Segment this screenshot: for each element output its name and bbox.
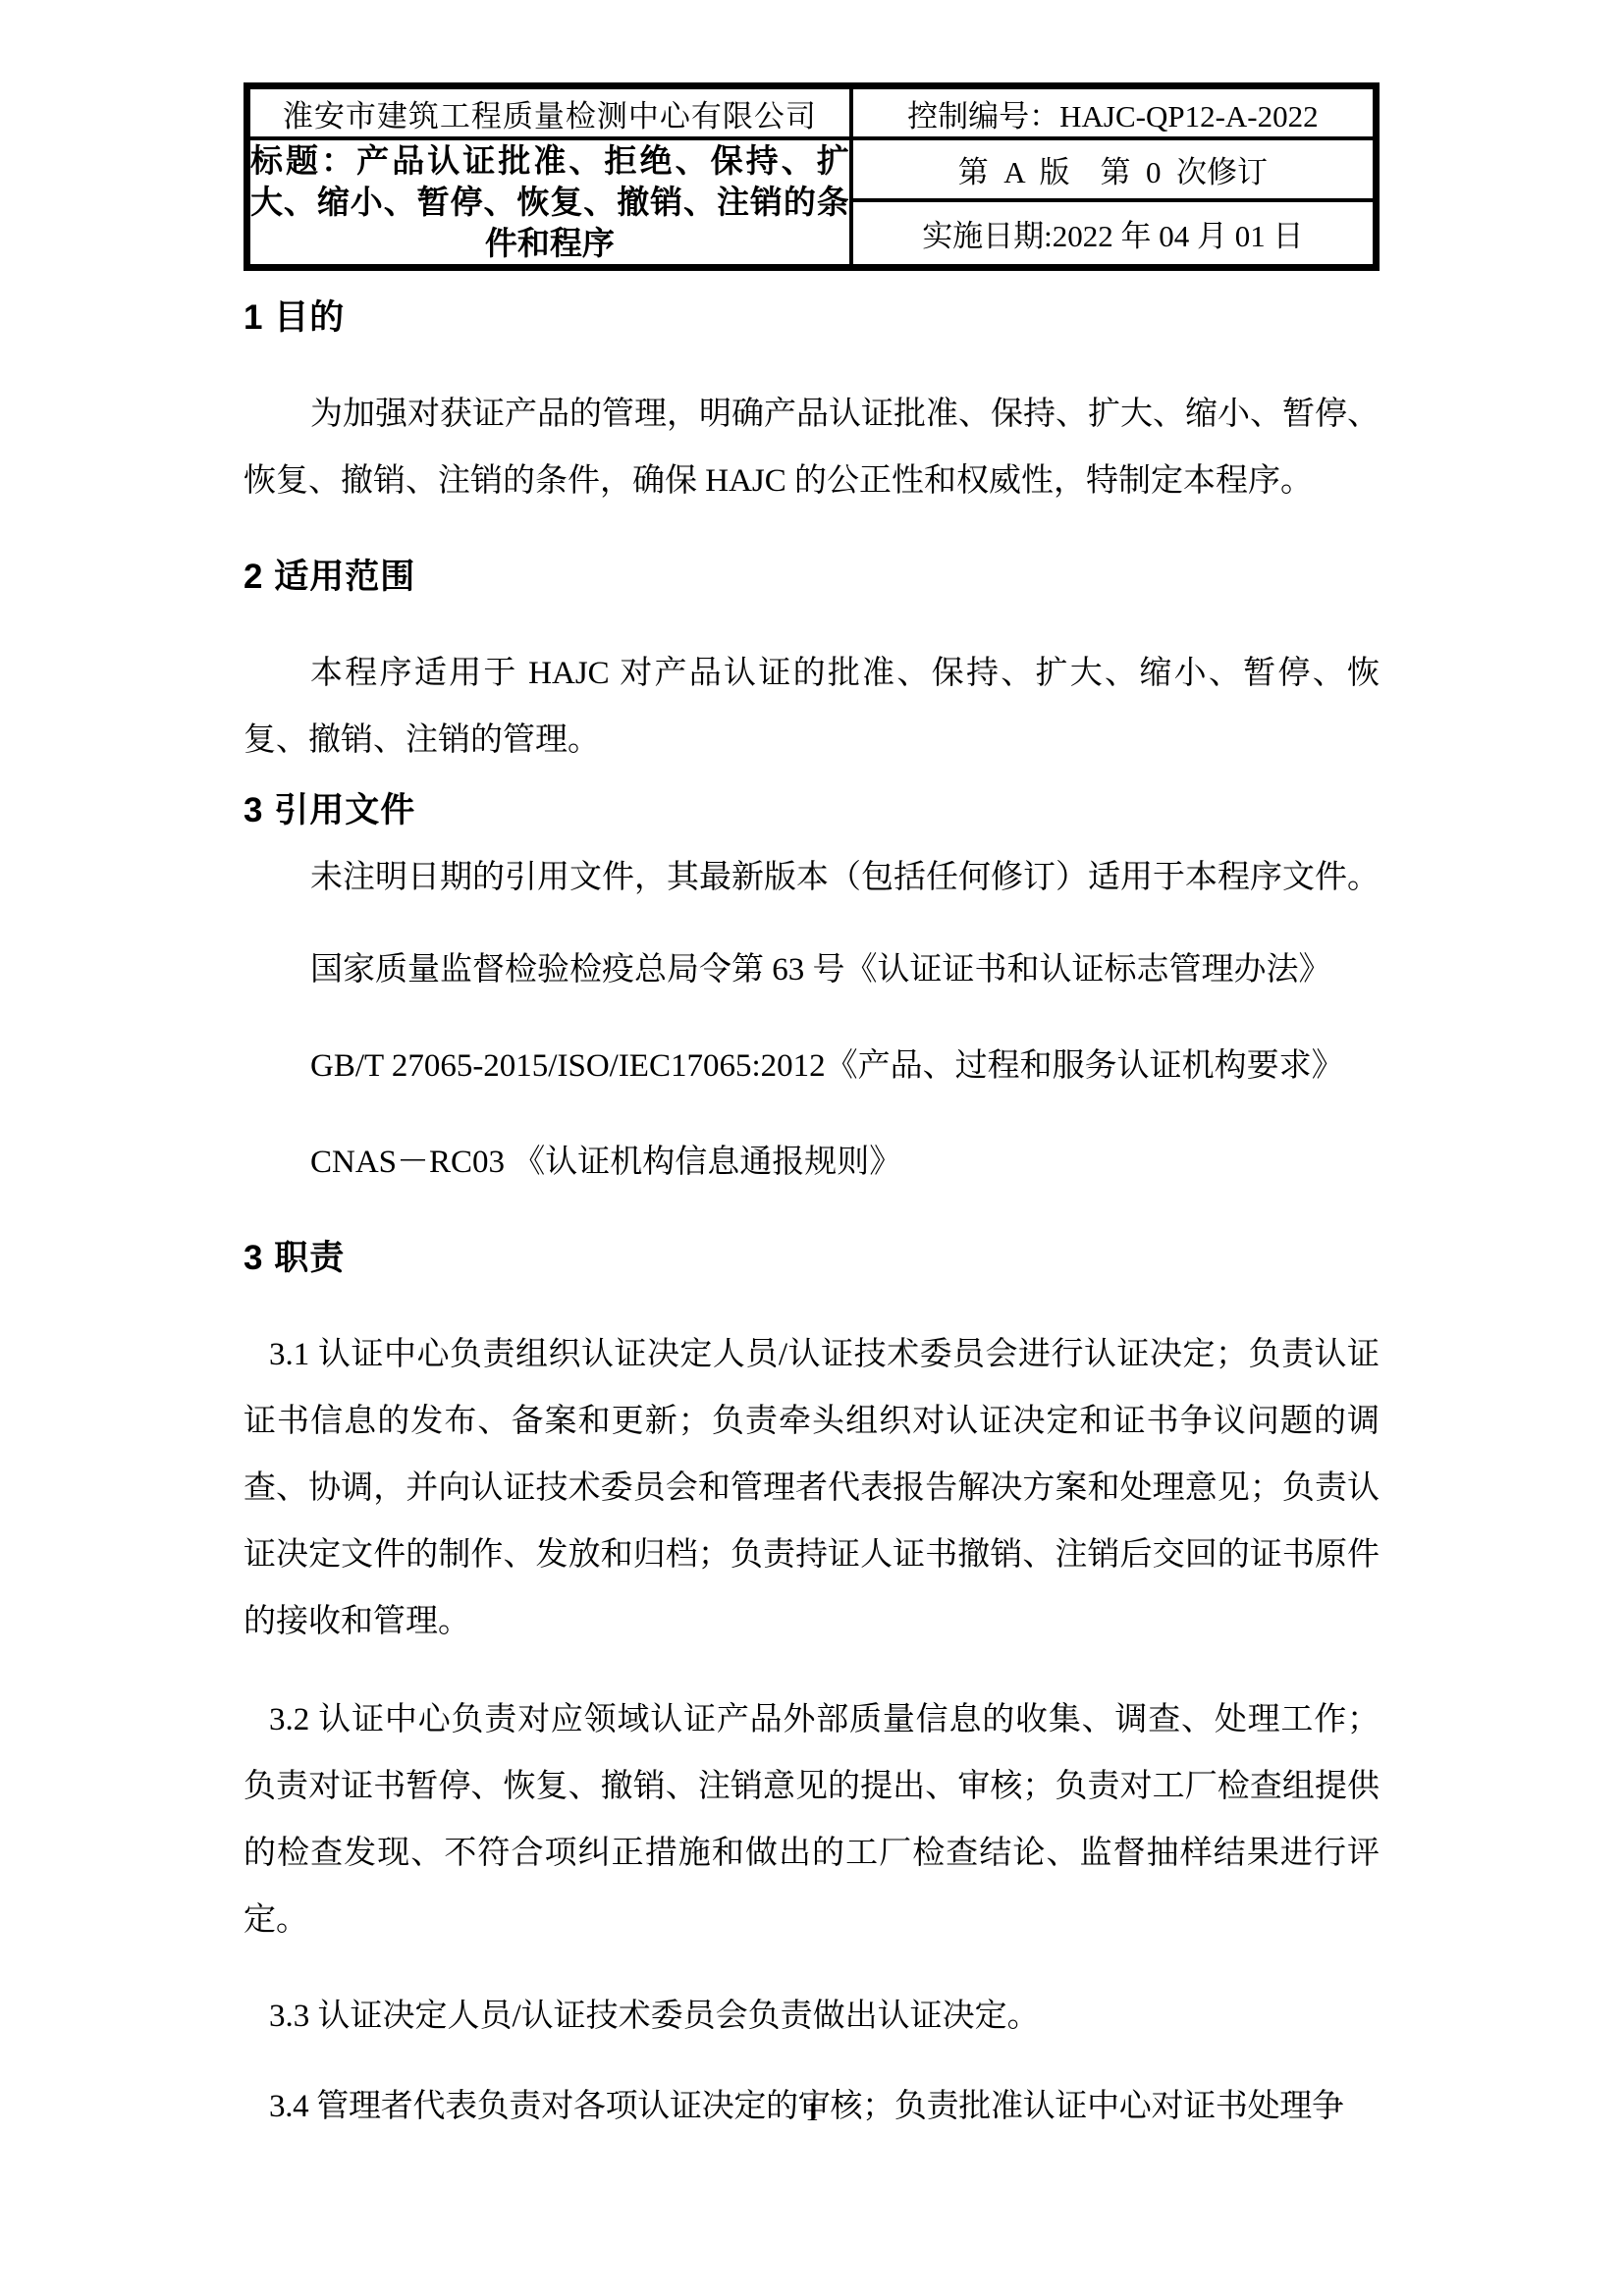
header-row-1: 淮安市建筑工程质量检测中心有限公司 控制编号：HAJC-QP12-A-2022 xyxy=(247,86,1377,139)
paragraph-reference-1: 国家质量监督检验检疫总局令第 63 号《认证证书和认证标志管理办法》 xyxy=(244,936,1380,1003)
section-heading-purpose: 1 目的 xyxy=(244,285,1380,351)
doc-title-cell: 标题：产品认证批准、拒绝、保持、扩大、缩小、暂停、恢复、撤销、注销的条件和程序 xyxy=(247,138,851,268)
paragraph-responsibility-3-1: 3.1 认证中心负责组织认证决定人员/认证技术委员会进行认证决定；负责认证证书信… xyxy=(244,1321,1380,1655)
paragraph-reference-note: 未注明日期的引用文件，其最新版本（包括任何修订）适用于本程序文件。 xyxy=(244,844,1380,911)
header-table: 淮安市建筑工程质量检测中心有限公司 控制编号：HAJC-QP12-A-2022 … xyxy=(244,82,1380,271)
section-heading-responsibilities: 3 职责 xyxy=(244,1225,1380,1292)
paragraph-reference-3: CNAS－RC03 《认证机构信息通报规则》 xyxy=(244,1129,1380,1196)
paragraph-responsibility-3-2: 3.2 认证中心负责对应领域认证产品外部质量信息的收集、调查、处理工作；负责对证… xyxy=(244,1686,1380,1953)
document-content: 淮安市建筑工程质量检测中心有限公司 控制编号：HAJC-QP12-A-2022 … xyxy=(244,82,1380,2140)
document-page: 淮安市建筑工程质量检测中心有限公司 控制编号：HAJC-QP12-A-2022 … xyxy=(0,0,1624,2296)
control-number-cell: 控制编号：HAJC-QP12-A-2022 xyxy=(851,86,1377,139)
implementation-date-cell: 实施日期:2022 年 04 月 01 日 xyxy=(851,200,1377,268)
page-number: 1 xyxy=(0,2097,1624,2127)
paragraph-reference-2: GB/T 27065-2015/ISO/IEC17065:2012《产品、过程和… xyxy=(244,1033,1380,1099)
paragraph-scope: 本程序适用于 HAJC 对产品认证的批准、保持、扩大、缩小、暂停、恢复、撤销、注… xyxy=(244,640,1380,774)
paragraph-purpose: 为加强对获证产品的管理，明确产品认证批准、保持、扩大、缩小、暂停、恢复、撤销、注… xyxy=(244,381,1380,514)
section-heading-scope: 2 适用范围 xyxy=(244,544,1380,611)
company-name-cell: 淮安市建筑工程质量检测中心有限公司 xyxy=(247,86,851,139)
paragraph-responsibility-3-3: 3.3 认证决定人员/认证技术委员会负责做出认证决定。 xyxy=(244,1983,1380,2050)
header-row-2: 标题：产品认证批准、拒绝、保持、扩大、缩小、暂停、恢复、撤销、注销的条件和程序 … xyxy=(247,138,1377,200)
section-heading-references: 3 引用文件 xyxy=(244,777,1380,844)
version-cell: 第 A 版 第 0 次修订 xyxy=(851,138,1377,200)
